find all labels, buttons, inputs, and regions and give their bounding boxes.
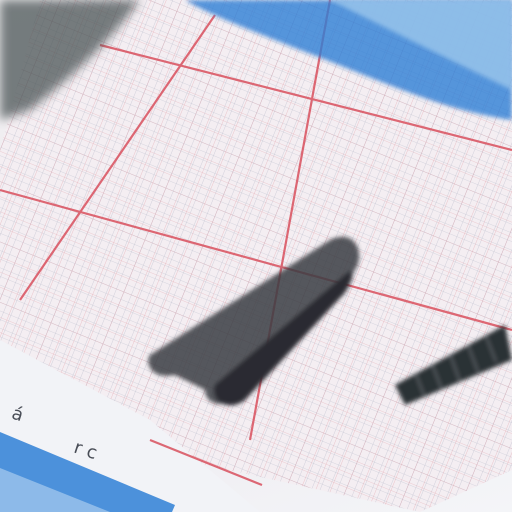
map-artwork [0, 0, 512, 512]
map-photo: á r c [0, 0, 512, 512]
